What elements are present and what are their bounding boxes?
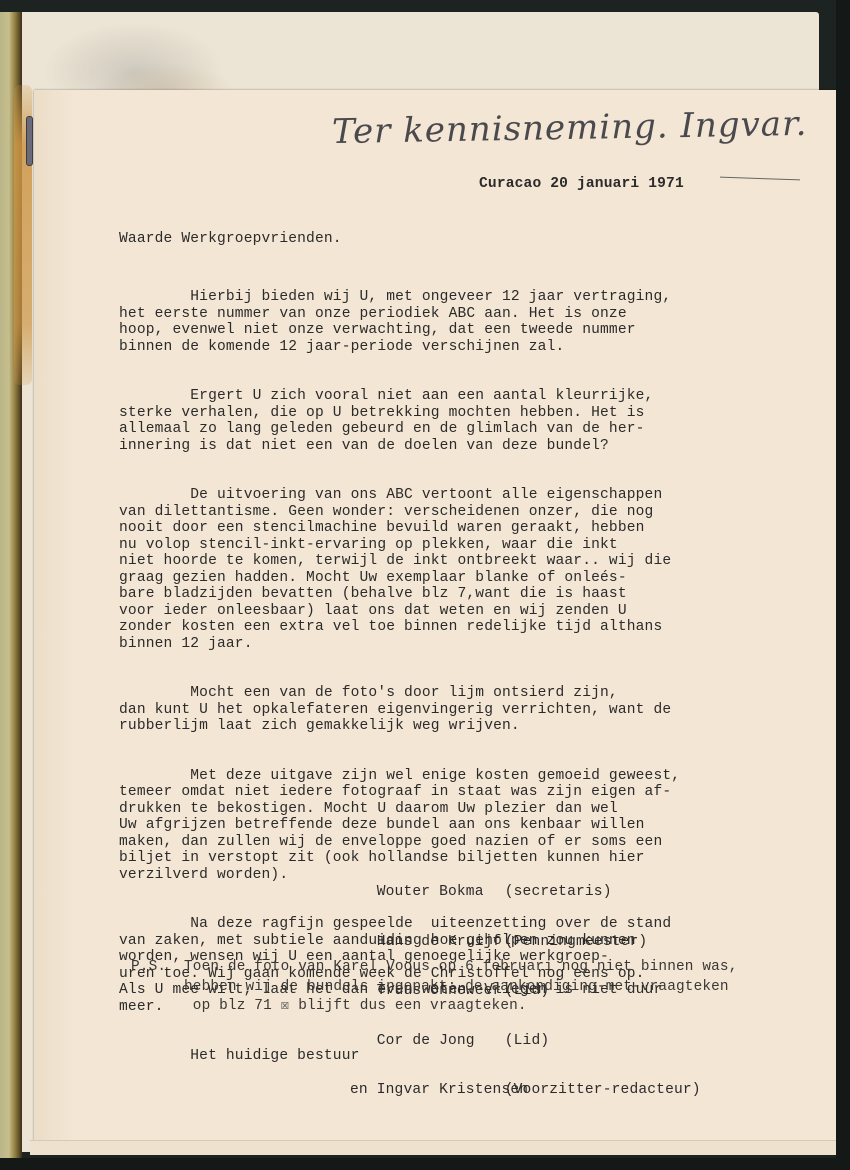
signatory-prefix [350,884,377,900]
scan-background-right [836,0,850,1170]
paragraph: Ergert U zich vooral niet aan een aantal… [119,388,680,454]
signatory-prefix: en [350,1082,377,1098]
signatory-name: Cor de Jong [377,1033,505,1050]
signatory-role: (secretaris) [505,884,612,900]
signatory: Cor de Jong(Lid) [350,1033,701,1050]
signatory-role: (Lid) [505,1033,550,1049]
signatory: Wouter Bokma(secretaris) [350,884,701,901]
signatory: en Ingvar Kristensen(Voorzitter-redacteu… [350,1082,701,1099]
staple-icon [26,116,33,166]
paragraph: Mocht een van de foto's door lijm ontsie… [119,685,680,735]
signatory-name: Ingvar Kristensen [377,1082,505,1099]
scan-background-top [0,0,850,12]
scan-background-bottom [0,1158,850,1170]
signatory-role: (Penningmeester) [505,934,648,950]
dateline: Curacao 20 januari 1971 [479,176,684,193]
paragraph: Hierbij bieden wij U, met ongeveer 12 ja… [119,289,680,355]
handwritten-annotation: Ter kennisneming. Ingvar. [332,104,808,152]
signatory-role: (Voorzitter-redacteur) [505,1082,701,1098]
signatory-prefix [350,1033,377,1049]
signatory-name: Hans de Kruijf [377,934,505,951]
postscript: P.S. Toen de foto van Karel Voous op 6 f… [131,958,149,1017]
salutation: Waarde Werkgroepvrienden. [119,231,342,248]
page-stack-edge [30,1140,838,1155]
signatory-name: Wouter Bokma [377,884,505,901]
postscript-text: Toen de foto van Karel Voous op 6 februa… [184,958,738,1017]
signatory: Hans de Kruijf(Penningmeester) [350,934,701,951]
postscript-label: P.S. [131,958,166,978]
signatory-prefix [350,934,377,950]
paragraph: De uitvoering van ons ABC vertoont alle … [119,487,680,652]
